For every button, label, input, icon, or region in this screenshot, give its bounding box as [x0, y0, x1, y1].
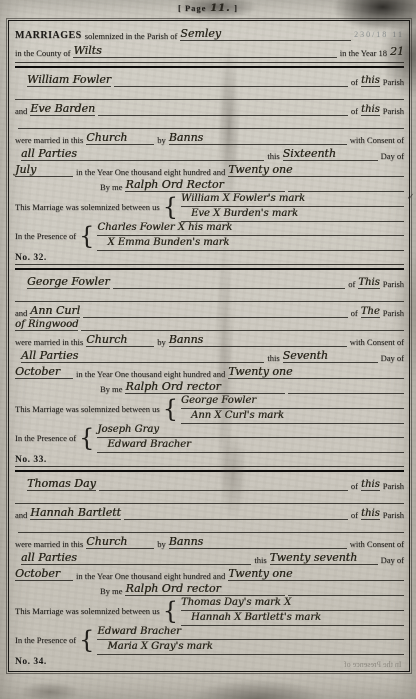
solemnized-label: This Marriage was solemnized between us [15, 202, 160, 212]
bride-name: Eve Barden [30, 102, 95, 116]
marriage-place: Church [86, 333, 154, 347]
header-solemnized-text: solemnized in the Parish of [85, 31, 178, 41]
month-year-line: July in the Year One thousand eight hund… [15, 161, 404, 177]
were-married-label: were married in this [15, 539, 83, 549]
consent-of: all Parties [21, 551, 251, 565]
party-signature-1: Thomas Day's mark X [181, 596, 404, 611]
officiant-signature: Ralph Ord rector [125, 380, 285, 394]
this-label: this [254, 555, 266, 565]
groom-name: William Fowler [27, 73, 111, 87]
groom-line: William Fowler of this Parish [15, 71, 404, 87]
this-label: this [267, 151, 279, 161]
bleed-through-text: In the Presence of [344, 660, 402, 669]
party-signatures: This Marriage was solemnized between us … [15, 192, 404, 221]
officiant-line: By me Ralph Ord rector [15, 379, 404, 394]
solemnized-label: This Marriage was solemnized between us [15, 404, 160, 414]
day-of-label: Day of [381, 555, 404, 565]
entry-number: No. 34. [15, 657, 47, 667]
bride-residence: of Ringwood [15, 319, 78, 331]
groom-parish: this [361, 479, 380, 491]
marriage-day: Twenty seventh [270, 551, 378, 565]
by-me-label: By me [100, 586, 122, 596]
consent-day-line: all Parties this Twenty seventh Day of [15, 549, 404, 565]
bride-line: and Ann Curl of The Parish [15, 302, 404, 318]
entry-number: No. 33. [15, 455, 47, 465]
bride-parish: this [361, 508, 380, 520]
groom-line: George Fowler of This Parish [15, 273, 404, 289]
year-line-label: in the Year One thousand eight hundred a… [76, 571, 225, 581]
day-of-label: Day of [381, 353, 404, 363]
scanned-register-page: [ Page 11. ] MARRIAGES solemnized in the… [0, 0, 416, 699]
parish-label: Parish [383, 481, 404, 491]
header-title-word: MARRIAGES [15, 30, 82, 41]
signature-stack: Joseph Gray Edward Bracher [97, 423, 404, 453]
married-line: were married in this Church by Banns wit… [15, 129, 404, 145]
of-label: of [351, 77, 358, 87]
marriage-entry-32: William Fowler of this Parish and Eve Ba… [15, 69, 404, 263]
by-label: by [157, 337, 166, 347]
blank-ruled-line [15, 289, 404, 302]
signature-stack: Charles Fowler X his mark X Emma Bunden'… [97, 221, 404, 251]
witness-signatures: In the Presence of { Joseph Gray Edward … [15, 423, 404, 452]
witness-signature-1: Joseph Gray [97, 423, 404, 438]
year-words: Twenty one [228, 163, 404, 177]
year-handwritten: 21 [390, 45, 404, 58]
year-prefix: in the Year 18 [340, 48, 387, 58]
officiant-line: By me Ralph Ord rector [15, 581, 404, 596]
residence-line [15, 520, 404, 533]
signature-stack: William X Fowler's mark Eve X Burden's m… [181, 192, 404, 222]
section-divider [15, 466, 404, 472]
parish-label: Parish [383, 77, 404, 87]
of-label: of [348, 279, 355, 289]
party-signature-1: George Fowler [181, 394, 404, 409]
month-year-line: October in the Year One thousand eight h… [15, 363, 404, 379]
residence-line [15, 116, 404, 129]
were-married-label: were married in this [15, 337, 83, 347]
consent-of: All Parties [21, 349, 264, 363]
year-line-label: in the Year One thousand eight hundred a… [76, 369, 225, 379]
and-label: and [15, 106, 27, 116]
witness-signature-2: Maria X Gray's mark [97, 640, 404, 655]
groom-name: Thomas Day [27, 477, 96, 491]
party-signatures: This Marriage was solemnized between us … [15, 394, 404, 423]
party-signatures: This Marriage was solemnized between us … [15, 596, 404, 625]
party-signature-2: Hannah X Bartlett's mark [181, 611, 404, 626]
consent-label: with Consent of [350, 539, 404, 549]
marriage-entry-34: Thomas Day of this Parish and Hannah Bar… [15, 473, 404, 667]
marriage-place: Church [86, 535, 154, 549]
parish-label: Parish [383, 308, 404, 318]
marriage-day: Seventh [283, 349, 378, 363]
witness-signature-1: Edward Bracher [97, 625, 404, 640]
consent-label: with Consent of [350, 337, 404, 347]
party-signature-2: Eve X Burden's mark [181, 207, 404, 222]
solemnized-label: This Marriage was solemnized between us [15, 606, 160, 616]
signature-stack: Edward Bracher Maria X Gray's mark [97, 625, 404, 655]
day-of-label: Day of [381, 151, 404, 161]
month-year-line: October in the Year One thousand eight h… [15, 565, 404, 581]
party-signature-1: William X Fowler's mark [181, 192, 404, 207]
signature-stack: George Fowler Ann X Curl's mark [181, 394, 404, 424]
consent-day-line: All Parties this Seventh Day of [15, 347, 404, 363]
groom-name: George Fowler [27, 275, 110, 289]
county-prefix: in the County of [15, 48, 70, 58]
marriage-month: October [15, 567, 73, 581]
header-line-1: MARRIAGES solemnized in the Parish of Se… [15, 24, 404, 41]
of-label: of [351, 308, 358, 318]
signature-stack: Thomas Day's mark X Hannah X Bartlett's … [181, 596, 404, 626]
witness-signature-2: X Emma Bunden's mark [97, 236, 404, 251]
page-label: [ Page 11. ] [0, 0, 416, 18]
witness-signature-2: Edward Bracher [97, 438, 404, 453]
brace-glyph: { [79, 627, 94, 653]
parish-label: Parish [383, 106, 404, 116]
by-me-label: By me [100, 182, 122, 192]
county-name: Wilts [73, 44, 336, 58]
presence-label: In the Presence of [15, 635, 76, 645]
witness-signatures: In the Presence of { Charles Fowler X hi… [15, 221, 404, 250]
marriage-month: July [15, 163, 73, 177]
year-words: Twenty one [228, 567, 404, 581]
officiant-line: By me Ralph Ord Rector [15, 177, 404, 192]
bride-line: and Eve Barden of this Parish [15, 100, 404, 116]
consent-of: all Parties [21, 147, 264, 161]
of-label: of [351, 106, 358, 116]
brace-glyph: { [163, 194, 178, 220]
marriage-month: October [15, 365, 73, 379]
parish-label: Parish [383, 279, 404, 289]
witness-signature-1: Charles Fowler X his mark [97, 221, 404, 236]
register-box: MARRIAGES solemnized in the Parish of Se… [8, 20, 410, 672]
bride-name: Ann Curl [30, 304, 80, 318]
marriage-method: Banns [169, 131, 347, 145]
section-divider [15, 264, 404, 270]
officiant-signature: Ralph Ord rector [125, 582, 285, 596]
married-line: were married in this Church by Banns wit… [15, 331, 404, 347]
bride-parish: this [361, 104, 380, 116]
by-me-label: By me [100, 384, 122, 394]
of-label: of [351, 481, 358, 491]
and-label: and [15, 308, 27, 318]
by-label: by [157, 539, 166, 549]
this-label: this [267, 353, 279, 363]
officiant-signature: Ralph Ord Rector [125, 178, 285, 192]
brace-glyph: { [163, 598, 178, 624]
stray-ink-mark: ✓ [407, 192, 415, 203]
marriage-place: Church [86, 131, 154, 145]
marriage-method: Banns [169, 535, 347, 549]
register-header: MARRIAGES solemnized in the Parish of Se… [15, 24, 404, 61]
blank-ruled-line [15, 87, 404, 100]
presence-label: In the Presence of [15, 231, 76, 241]
parish-name: Semley [180, 27, 351, 41]
witness-signatures: In the Presence of { Edward Bracher Mari… [15, 625, 404, 654]
year-line-label: in the Year One thousand eight hundred a… [76, 167, 225, 177]
presence-label: In the Presence of [15, 433, 76, 443]
bride-parish: The [361, 306, 380, 318]
marriage-day: Sixteenth [283, 147, 378, 161]
header-line-2: in the County of Wilts in the Year 1821 [15, 41, 404, 58]
entry-number-row: No. 32. [15, 250, 404, 263]
brace-glyph: { [79, 425, 94, 451]
page-label-open: [ Page [178, 3, 206, 13]
and-label: and [15, 510, 27, 520]
page-number: 11. [210, 3, 230, 14]
archive-stamp: 230/18 11 [354, 30, 404, 39]
consent-day-line: all Parties this Sixteenth Day of [15, 145, 404, 161]
party-signature-2: Ann X Curl's mark [181, 409, 404, 424]
entry-number: No. 32. [15, 253, 47, 263]
married-line: were married in this Church by Banns wit… [15, 533, 404, 549]
section-divider [15, 62, 404, 68]
brace-glyph: { [79, 223, 94, 249]
residence-line: of Ringwood [15, 318, 404, 331]
groom-parish: This [358, 277, 379, 289]
of-label: of [351, 510, 358, 520]
blank-ruled-line [15, 491, 404, 504]
brace-glyph: { [163, 396, 178, 422]
entry-number-row: No. 33. [15, 452, 404, 465]
bride-name: Hannah Bartlett [30, 506, 121, 520]
marriage-method: Banns [169, 333, 347, 347]
by-label: by [157, 135, 166, 145]
parish-label: Parish [383, 510, 404, 520]
bride-line: and Hannah Bartlett of this Parish [15, 504, 404, 520]
page-label-close: ] [234, 3, 238, 13]
groom-line: Thomas Day of this Parish [15, 475, 404, 491]
year-words: Twenty one [228, 365, 404, 379]
were-married-label: were married in this [15, 135, 83, 145]
consent-label: with Consent of [350, 135, 404, 145]
groom-parish: this [361, 75, 380, 87]
marriage-entry-33: George Fowler of This Parish and Ann Cur… [15, 271, 404, 465]
